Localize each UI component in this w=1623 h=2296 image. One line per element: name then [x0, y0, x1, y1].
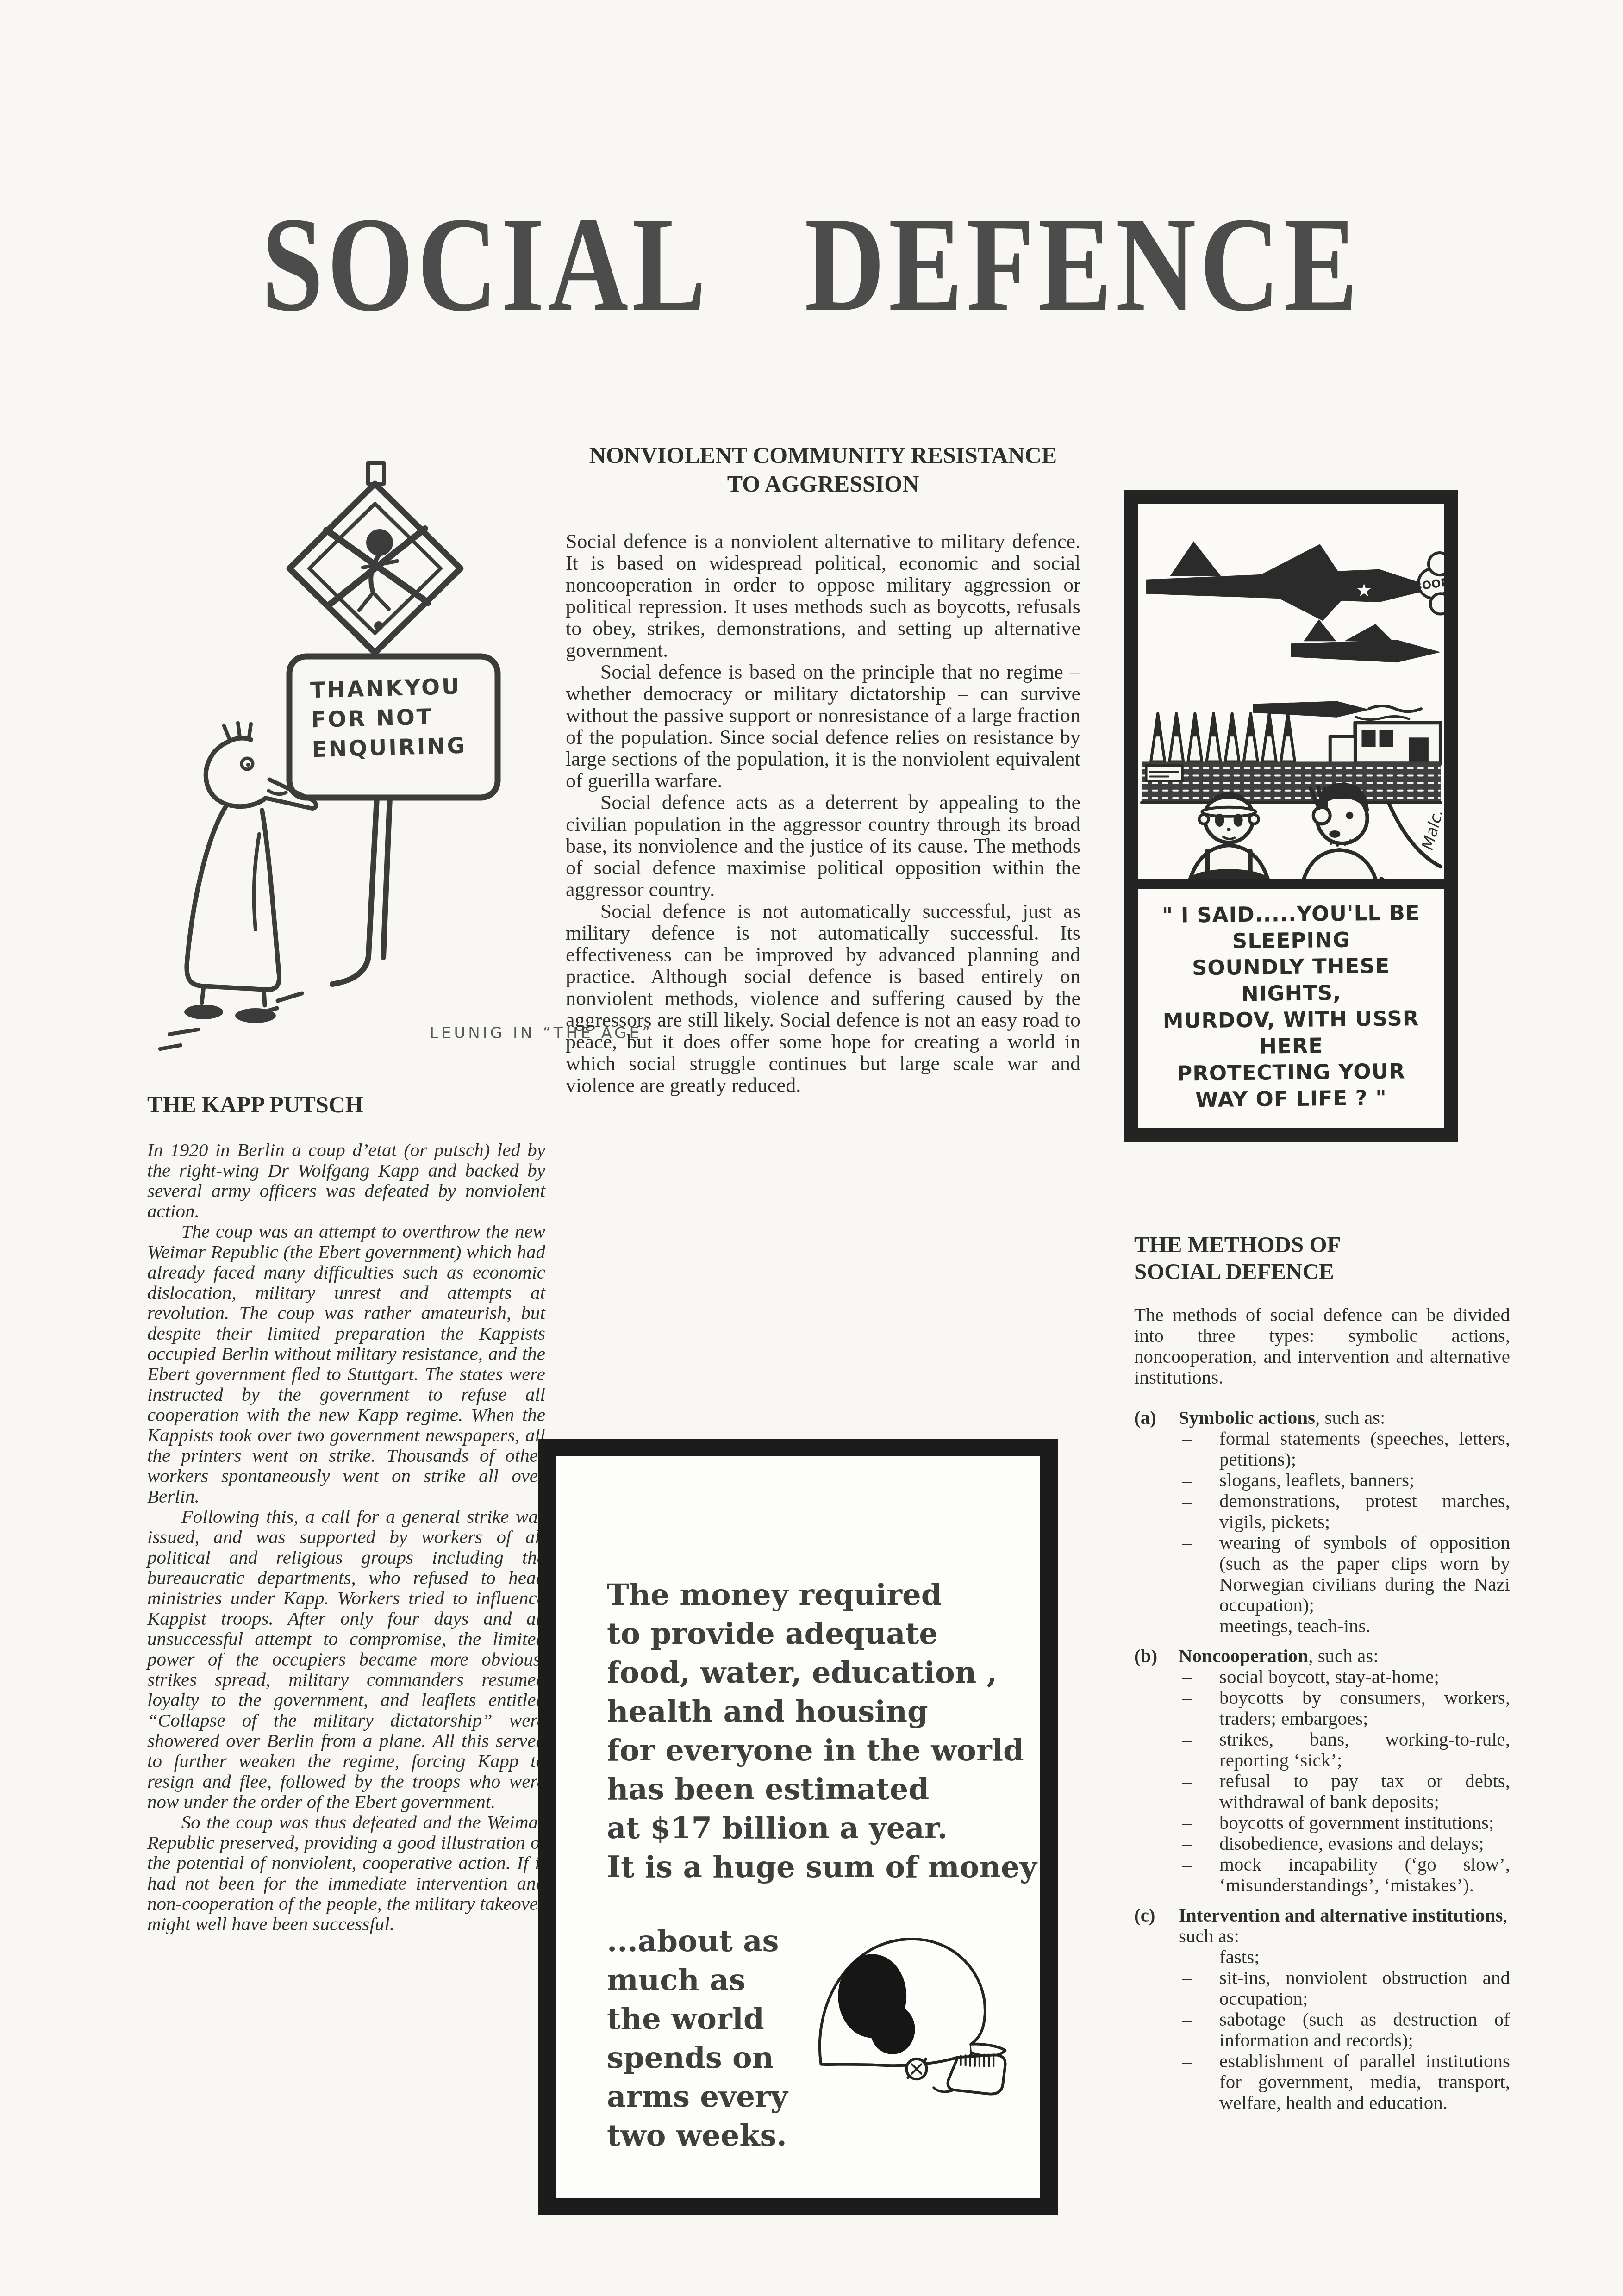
paragraph: In 1920 in Berlin a coup d’etat (or puts…	[147, 1140, 545, 1221]
no-enquiry-icon	[368, 531, 391, 554]
methods-section-noncooperation: (b) Noncooperation, such as: social boyc…	[1134, 1646, 1510, 1896]
sign-line: ENQUIRING	[312, 730, 498, 765]
artist-signature: Malc.	[1418, 807, 1444, 852]
section-title: Intervention and alternative institution…	[1179, 1904, 1503, 1926]
list-item: slogans, leaflets, banners;	[1179, 1470, 1510, 1491]
section-title: Symbolic actions	[1179, 1407, 1315, 1428]
list-item: fasts;	[1179, 1947, 1510, 1967]
list-item: sabotage (such as destruction of informa…	[1179, 2009, 1510, 2051]
arms-comparison: ...about as much as the world spends on …	[607, 1922, 788, 2155]
helmet-skull-illustration	[791, 1908, 1008, 2155]
list-item: social boycott, stay-at-home;	[1179, 1666, 1510, 1687]
murdov-cartoon: ★ BOOM	[1124, 490, 1458, 1142]
list-item: disobedience, evasions and delays;	[1179, 1833, 1510, 1854]
paragraph: Social defence is not automatically succ…	[566, 900, 1080, 1096]
list-item: formal statements (speeches, letters, pe…	[1179, 1428, 1510, 1470]
money-statement: The money required to provide adequate f…	[607, 1576, 1040, 1887]
list-item: mock incapability (‘go slow’, ‘misunders…	[1179, 1854, 1510, 1896]
helmet-skull-icon	[791, 1908, 1008, 2107]
section-label: (a)	[1134, 1407, 1156, 1428]
list-item: refusal to pay tax or debts, withdrawal …	[1179, 1771, 1510, 1812]
methods-section-intervention: (c) Intervention and alternative institu…	[1134, 1905, 1510, 2113]
kapp-heading: THE KAPP PUTSCH	[147, 1092, 545, 1117]
star-icon: ★	[1356, 580, 1372, 600]
page-title: SOCIAL DEFENCE	[0, 196, 1623, 332]
list-item: boycotts by consumers, workers, traders;…	[1179, 1687, 1510, 1729]
center-article-heading: NONVIOLENT COMMUNITY RESISTANCE TO AGGRE…	[566, 441, 1080, 498]
paragraph: The coup was an attempt to overthrow the…	[147, 1221, 545, 1506]
list-item: meetings, teach-ins.	[1179, 1616, 1510, 1636]
arms-spending-box: The money required to provide adequate f…	[538, 1439, 1058, 2215]
sign-line: FOR NOT	[311, 701, 497, 735]
methods-heading: THE METHODS OF SOCIAL DEFENCE	[1134, 1231, 1510, 1285]
sign-line: THANKYOU	[310, 671, 496, 705]
section-title: Noncooperation	[1179, 1645, 1308, 1666]
sign-text: THANKYOU FOR NOT ENQUIRING	[310, 671, 498, 765]
center-article: NONVIOLENT COMMUNITY RESISTANCE TO AGGRE…	[566, 441, 1080, 1096]
paragraph: So the coup was thus defeated and the We…	[147, 1812, 545, 1934]
kapp-article: THE KAPP PUTSCH In 1920 in Berlin a coup…	[147, 1092, 545, 1934]
section-label: (b)	[1134, 1646, 1157, 1666]
list-item: wearing of symbols of opposition (such a…	[1179, 1532, 1510, 1616]
paragraph: Social defence acts as a deterrent by ap…	[566, 792, 1080, 900]
methods-article: THE METHODS OF SOCIAL DEFENCE The method…	[1134, 1231, 1510, 2122]
methods-section-symbolic: (a) Symbolic actions, such as: formal st…	[1134, 1407, 1510, 1636]
pamphlet-page: SOCIAL DEFENCE	[0, 0, 1623, 2296]
list-item: demonstrations, protest marches, vigils,…	[1179, 1491, 1510, 1532]
paragraph: Following this, a call for a general str…	[147, 1506, 545, 1812]
list-item: strikes, bans, working-to-rule, reportin…	[1179, 1729, 1510, 1771]
murdov-cartoon-drawing: ★ BOOM	[1138, 504, 1444, 879]
methods-intro: The methods of social defence can be div…	[1134, 1304, 1510, 1388]
list-item: boycotts of government institutions;	[1179, 1812, 1510, 1833]
murdov-caption: " I SAID.....YOU'LL BE SLEEPING SOUNDLY …	[1138, 879, 1444, 1128]
list-item: sit-ins, nonviolent obstruction and occu…	[1179, 1967, 1510, 2009]
paragraph: Social defence is based on the principle…	[566, 661, 1080, 792]
paragraph: Social defence is a nonviolent alternati…	[566, 530, 1080, 661]
section-label: (c)	[1134, 1905, 1155, 1926]
list-item: establishment of parallel institutions f…	[1179, 2051, 1510, 2113]
